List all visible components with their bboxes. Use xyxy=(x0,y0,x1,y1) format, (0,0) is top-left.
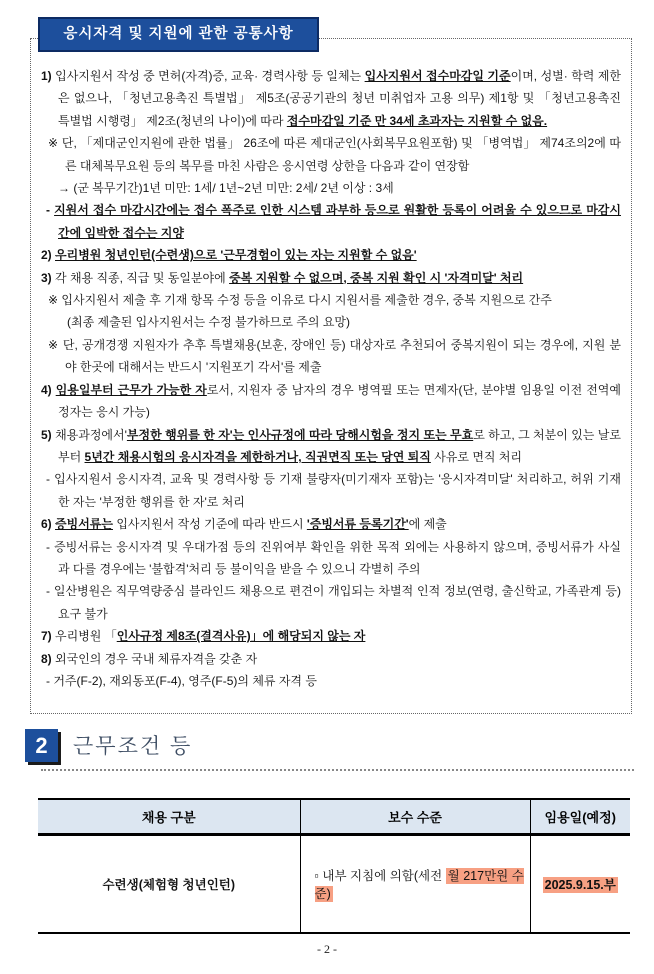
text-segment: (최종 제출된 입사지원서는 수정 불가하므로 주의 요망) xyxy=(67,315,350,329)
text-segment: - xyxy=(46,584,54,598)
text-segment: 단, 「제대군인지원에 관한 법률」 26조에 따른 제대군인(사회복무요원포함… xyxy=(62,136,621,172)
text-segment: 중복 지원할 수 없으며, 중복 지원 확인 시 '자격미달' 처리 xyxy=(229,271,523,285)
text-segment: 입사지원서 작성 중 면허(자격)증, 교육· 경력사항 등 일체는 xyxy=(55,69,364,83)
dotted-divider xyxy=(41,769,634,771)
list-item: → (군 복무기간)1년 미만: 1세/ 1년~2년 미만: 2세/ 2년 이상… xyxy=(41,177,621,199)
list-item: 2) 우리병원 청년인턴(수련생)으로 '근무경험이 있는 자는 지원할 수 없… xyxy=(41,244,621,266)
list-item: - 지원서 접수 마감시간에는 접수 폭주로 인한 시스템 과부하 등으로 원활… xyxy=(41,199,621,244)
page-number: - 2 - xyxy=(0,942,654,957)
text-segment: 3) xyxy=(41,271,55,285)
appointment-date-highlight: 2025.9.15.부 xyxy=(543,877,618,893)
work-conditions-table: 채용 구분 보수 수준 임용일(예정) 수련생(체험형 청년인턴) ▫ 내부 지… xyxy=(38,798,630,934)
text-segment: 입사지원서 작성 기준에 따라 반드시 xyxy=(113,517,307,531)
text-segment: ※ xyxy=(48,136,62,150)
text-segment: 2) xyxy=(41,248,55,262)
list-item: - 거주(F-2), 재외동포(F-4), 영주(F-5)의 체류 자격 등 xyxy=(41,670,621,692)
text-segment: 지원서 접수 마감시간에는 접수 폭주로 인한 시스템 과부하 등으로 원활한 … xyxy=(54,203,621,239)
text-segment: 4) xyxy=(41,383,56,397)
list-item: (최종 제출된 입사지원서는 수정 불가하므로 주의 요망) xyxy=(41,311,621,333)
text-segment: 증빙서류는 xyxy=(55,517,113,531)
column-header-pay: 보수 수준 xyxy=(300,799,530,835)
column-header-date: 임용일(예정) xyxy=(530,799,630,835)
text-segment: ※ xyxy=(48,293,61,307)
text-segment: 일산병원은 직무역량중심 블라인드 채용으로 편견이 개입되는 차별적 인적 정… xyxy=(54,584,621,620)
text-segment: 채용과정에서' xyxy=(55,428,127,442)
list-item: ※ 단, 공개경쟁 지원자가 추후 특별채용(보훈, 장애인 등) 대상자로 추… xyxy=(41,334,621,379)
text-segment: - xyxy=(46,540,54,554)
text-segment: '증빙서류 등록기간' xyxy=(307,517,409,531)
list-item: - 일산병원은 직무역량중심 블라인드 채용으로 편견이 개입되는 차별적 인적… xyxy=(41,580,621,625)
text-segment: 우리병원 청년인턴(수련생)으로 '근무경험이 있는 자는 지원할 수 없음' xyxy=(55,248,417,262)
text-segment: ※ xyxy=(48,338,63,352)
list-item: - 입사지원서 응시자격, 교육 및 경력사항 등 기재 불량자(미기재자 포함… xyxy=(41,468,621,513)
list-item: 4) 임용일부터 근무가 가능한 자로서, 지원자 중 남자의 경우 병역필 또… xyxy=(41,379,621,424)
list-item: 1) 입사지원서 작성 중 면허(자격)증, 교육· 경력사항 등 일체는 입사… xyxy=(41,65,621,132)
list-item: ※ 입사지원서 제출 후 기재 항목 수정 등을 이유로 다시 지원서를 제출한… xyxy=(41,289,621,311)
column-header-category: 채용 구분 xyxy=(38,799,300,835)
list-item: 6) 증빙서류는 입사지원서 작성 기준에 따라 반드시 '증빙서류 등록기간'… xyxy=(41,513,621,535)
text-segment: 외국인의 경우 국내 체류자격을 갖춘 자 xyxy=(55,652,257,666)
text-segment: → (군 복무기간)1년 미만: 1세/ 1년~2년 미만: 2세/ 2년 이상… xyxy=(58,181,394,195)
pay-text: 내부 지침에 의함(세전 xyxy=(322,869,445,883)
table-row: 수련생(체험형 청년인턴) ▫ 내부 지침에 의함(세전 월 217만원 수준)… xyxy=(38,835,630,934)
common-requirements-box: 1) 입사지원서 작성 중 면허(자격)증, 교육· 경력사항 등 일체는 입사… xyxy=(30,38,632,714)
text-segment: 단, 공개경쟁 지원자가 추후 특별채용(보훈, 장애인 등) 대상자로 추천되… xyxy=(63,338,621,374)
cell-pay: ▫ 내부 지침에 의함(세전 월 217만원 수준) xyxy=(300,835,530,934)
section-title-banner: 응시자격 및 지원에 관한 공통사항 xyxy=(38,17,319,52)
text-segment: 임용일부터 근무가 가능한 자 xyxy=(56,383,207,397)
list-item: - 증빙서류는 응시자격 및 우대가점 등의 진위여부 확인을 위한 목적 외에… xyxy=(41,536,621,581)
list-item: 3) 각 채용 직종, 직급 및 동일분야에 중복 지원할 수 없으며, 중복 … xyxy=(41,267,621,289)
text-segment: 각 채용 직종, 직급 및 동일분야에 xyxy=(55,271,229,285)
text-segment: 에 제출 xyxy=(409,517,447,531)
text-segment: 접수마감일 기준 만 34세 초과자는 지원할 수 없음. xyxy=(287,114,547,128)
text-segment: 6) xyxy=(41,517,55,531)
text-segment: 사유로 면직 처리 xyxy=(431,450,522,464)
text-segment: - xyxy=(46,472,54,486)
text-segment: 7) xyxy=(41,629,55,643)
document-page: 1) 입사지원서 작성 중 면허(자격)증, 교육· 경력사항 등 일체는 입사… xyxy=(0,0,654,974)
section-number-badge: 2 xyxy=(25,729,58,762)
cell-appointment-date: 2025.9.15.부 xyxy=(530,835,630,934)
text-segment: 1) xyxy=(41,69,55,83)
section-title-text: 응시자격 및 지원에 관한 공통사항 xyxy=(63,26,293,42)
cell-category: 수련생(체험형 청년인턴) xyxy=(38,835,300,934)
text-segment: 입사지원서 제출 후 기재 항목 수정 등을 이유로 다시 지원서를 제출한 경… xyxy=(61,293,552,307)
list-item: 7) 우리병원 「인사규정 제8조(결격사유)」에 해당되지 않는 자 xyxy=(41,625,621,647)
text-segment: - xyxy=(46,203,54,217)
list-item: ※ 단, 「제대군인지원에 관한 법률」 26조에 따른 제대군인(사회복무요원… xyxy=(41,132,621,177)
section-number: 2 xyxy=(35,733,47,758)
text-segment: 8) xyxy=(41,652,55,666)
text-segment: 5) xyxy=(41,428,55,442)
text-segment: 거주(F-2), 재외동포(F-4), 영주(F-5)의 체류 자격 등 xyxy=(53,674,317,688)
text-segment: 입사지원서 접수마감일 기준 xyxy=(365,69,511,83)
table-header-row: 채용 구분 보수 수준 임용일(예정) xyxy=(38,799,630,835)
list-item: 5) 채용과정에서'부정한 행위를 한 자'는 인사규정에 따라 당해시험을 정… xyxy=(41,424,621,469)
text-segment: 인사규정 제8조(결격사유)」에 해당되지 않는 자 xyxy=(117,629,366,643)
text-segment: 증빙서류는 응시자격 및 우대가점 등의 진위여부 확인을 위한 목적 외에는 … xyxy=(54,540,621,576)
text-segment: 입사지원서 응시자격, 교육 및 경력사항 등 기재 불량자(미기재자 포함)는… xyxy=(54,472,621,508)
text-segment: 부정한 행위를 한 자'는 인사규정에 따라 당해시험을 정지 또는 무효 xyxy=(127,428,473,442)
section-heading: 2 근무조건 등 xyxy=(0,726,654,776)
requirements-list: 1) 입사지원서 작성 중 면허(자격)증, 교육· 경력사항 등 일체는 입사… xyxy=(41,65,621,692)
section-heading-title: 근무조건 등 xyxy=(73,730,192,760)
text-segment: 우리병원 「 xyxy=(55,629,117,643)
text-segment: 5년간 채용시험의 응시자격을 제한하거나, 직권면직 또는 당연 퇴직 xyxy=(85,450,431,464)
list-item: 8) 외국인의 경우 국내 체류자격을 갖춘 자 xyxy=(41,648,621,670)
